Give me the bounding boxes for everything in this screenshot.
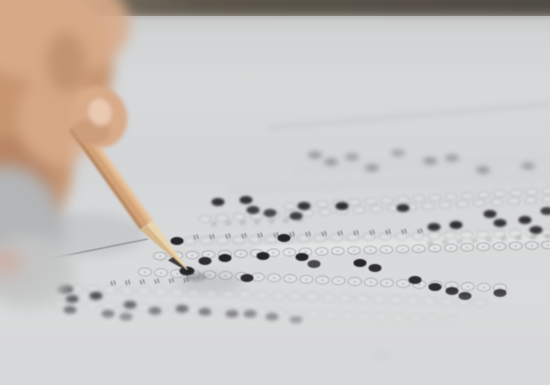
filled-bubble bbox=[365, 165, 379, 172]
bubble-outline bbox=[216, 215, 228, 222]
bubble-letter-mark bbox=[240, 253, 242, 255]
bubble-letter-mark bbox=[498, 246, 500, 248]
bubble-letter-mark bbox=[547, 244, 549, 246]
bubble-letter-mark bbox=[288, 251, 290, 253]
bubble-outline bbox=[262, 186, 273, 192]
bubble-outline bbox=[330, 234, 342, 241]
bubble-letter-mark bbox=[257, 276, 259, 278]
filled-bubble bbox=[369, 264, 382, 272]
bubble-outline bbox=[328, 166, 338, 171]
bubble-outline bbox=[312, 184, 323, 190]
bubble-letter-mark bbox=[321, 251, 323, 253]
bubble-outline bbox=[478, 192, 490, 198]
filled-bubble bbox=[298, 202, 311, 210]
filled-bubble bbox=[397, 204, 410, 212]
filled-bubble bbox=[391, 150, 405, 157]
bubble-outline bbox=[233, 214, 245, 221]
bubble-outline bbox=[413, 195, 425, 201]
bubble-outline bbox=[460, 177, 471, 183]
bubble-outline bbox=[543, 155, 550, 160]
bubble-letter-mark bbox=[321, 279, 323, 281]
bubble-outline bbox=[493, 231, 505, 238]
bubble-letter-mark bbox=[467, 286, 469, 288]
bubble-outline bbox=[427, 178, 438, 184]
filled-bubble bbox=[409, 276, 422, 284]
bubble-letter-mark bbox=[466, 246, 468, 248]
bubble-outline bbox=[477, 176, 488, 182]
filled-bubble bbox=[247, 206, 260, 214]
bubble-outline bbox=[473, 200, 485, 207]
bubble-letter-mark bbox=[207, 254, 209, 256]
bubble-outline bbox=[379, 233, 391, 240]
filled-bubble bbox=[530, 226, 543, 234]
bubble-outline bbox=[279, 185, 290, 191]
bubble-outline bbox=[365, 198, 377, 204]
filled-bubble bbox=[296, 253, 309, 261]
bubble-outline bbox=[477, 159, 487, 164]
bubble-outline bbox=[526, 174, 537, 180]
bubble-outline bbox=[345, 182, 356, 188]
bubble-outline bbox=[394, 163, 404, 168]
bubble-outline bbox=[444, 178, 455, 184]
bubble-letter-mark bbox=[370, 281, 372, 283]
bubble-outline bbox=[394, 180, 405, 186]
bubble-letter-mark bbox=[159, 255, 161, 257]
bubble-letter-mark bbox=[272, 252, 274, 254]
bubble-letter-mark bbox=[482, 246, 484, 248]
filled-bubble bbox=[257, 252, 270, 260]
bubble-outline bbox=[316, 201, 328, 207]
bubble-letter-mark bbox=[450, 247, 452, 249]
bubble-outline bbox=[526, 189, 538, 195]
bubble-letter-mark bbox=[401, 248, 403, 250]
bubble-outline bbox=[508, 198, 520, 205]
bubble-letter-mark bbox=[176, 273, 178, 275]
filled-bubble bbox=[450, 221, 463, 229]
bubble-outline bbox=[378, 163, 388, 168]
bubble-outline bbox=[491, 199, 503, 206]
bubble-outline bbox=[246, 187, 257, 193]
bubble-outline bbox=[510, 190, 522, 196]
bubble-outline bbox=[314, 235, 326, 242]
bubble-outline bbox=[439, 202, 451, 209]
bubble-outline bbox=[371, 206, 383, 213]
filled-bubble bbox=[484, 210, 497, 218]
filled-bubble bbox=[428, 223, 441, 231]
filled-bubble bbox=[199, 257, 212, 265]
bubble-outline bbox=[284, 203, 296, 209]
bubble-outline bbox=[312, 167, 322, 172]
filled-bubble bbox=[278, 234, 291, 242]
bubble-outline bbox=[319, 209, 331, 216]
graphite-point bbox=[186, 269, 191, 274]
bubble-letter-mark bbox=[144, 271, 146, 273]
bubble-letter-mark bbox=[304, 251, 306, 253]
bubble-letter-mark bbox=[451, 285, 453, 287]
bubble-outline bbox=[347, 234, 359, 241]
bubble-outline bbox=[397, 196, 409, 202]
filled-bubble bbox=[519, 216, 532, 224]
filled-bubble bbox=[308, 260, 321, 268]
bubble-letter-mark bbox=[483, 286, 485, 288]
filled-bubble bbox=[219, 254, 232, 262]
bubble-outline bbox=[378, 181, 389, 187]
bubble-outline bbox=[510, 175, 521, 181]
filled-bubble bbox=[171, 237, 184, 245]
bubble-letter-mark bbox=[337, 250, 339, 252]
bubble-letter-mark bbox=[353, 250, 355, 252]
bubble-outline bbox=[353, 207, 365, 214]
bubble-outline bbox=[525, 197, 537, 204]
bubble-outline bbox=[328, 183, 339, 189]
bubble-outline bbox=[295, 184, 306, 190]
filled-bubble bbox=[345, 154, 359, 161]
filled-bubble bbox=[423, 158, 437, 165]
bubble-outline bbox=[395, 233, 407, 240]
bubble-outline bbox=[542, 196, 550, 203]
near-focus-haze bbox=[0, 290, 550, 385]
bubble-outline bbox=[445, 193, 457, 199]
bubble-outline bbox=[363, 233, 375, 240]
bubble-letter-mark bbox=[191, 254, 193, 256]
filled-bubble bbox=[429, 283, 442, 291]
filled-bubble bbox=[308, 152, 322, 159]
scene-canvas bbox=[0, 0, 550, 385]
filled-bubble bbox=[354, 259, 367, 267]
filled-bubble bbox=[494, 219, 507, 227]
bubble-outline bbox=[361, 181, 372, 187]
bubble-outline bbox=[429, 194, 441, 200]
bubble-letter-mark bbox=[402, 283, 404, 285]
bubble-letter-mark bbox=[531, 245, 533, 247]
bubble-letter-mark bbox=[273, 277, 275, 279]
bubble-outline bbox=[460, 159, 470, 164]
bubble-letter-mark bbox=[289, 278, 291, 280]
bubble-letter-mark bbox=[418, 248, 420, 250]
bubble-letter-mark bbox=[354, 281, 356, 283]
bubble-letter-mark bbox=[499, 287, 501, 289]
filled-bubble bbox=[445, 155, 459, 162]
bubble-letter-mark bbox=[418, 284, 420, 286]
bubble-letter-mark bbox=[369, 249, 371, 251]
finger-crease-shadow bbox=[46, 32, 86, 92]
bubble-letter-mark bbox=[160, 272, 162, 274]
bubble-outline bbox=[460, 231, 472, 238]
bubble-outline bbox=[477, 231, 489, 238]
bubble-outline bbox=[494, 191, 506, 197]
bubble-outline bbox=[461, 193, 473, 199]
bubble-outline bbox=[298, 235, 310, 242]
bubble-letter-mark bbox=[434, 247, 436, 249]
filled-bubble bbox=[212, 198, 225, 206]
bubble-outline bbox=[493, 175, 504, 181]
filled-bubble bbox=[290, 212, 303, 220]
photo-exam-bubble-sheet: Close-up photograph of a hand filling in… bbox=[0, 0, 550, 385]
bubble-outline bbox=[349, 199, 361, 205]
bubble-letter-mark bbox=[338, 280, 340, 282]
bubble-outline bbox=[411, 162, 421, 167]
bubble-outline bbox=[295, 167, 305, 172]
bubble-outline bbox=[422, 203, 434, 210]
bubble-outline bbox=[411, 179, 422, 185]
bubble-outline bbox=[510, 157, 520, 162]
bubble-outline bbox=[527, 156, 537, 161]
bubble-outline bbox=[412, 232, 424, 239]
filled-bubble bbox=[264, 209, 277, 217]
filled-bubble bbox=[521, 163, 535, 170]
bubble-outline bbox=[381, 197, 393, 203]
bubble-outline bbox=[493, 158, 503, 163]
bubble-outline bbox=[199, 216, 211, 223]
bubble-outline bbox=[230, 187, 241, 193]
filled-bubble bbox=[476, 167, 490, 174]
bubble-letter-mark bbox=[385, 249, 387, 251]
bubble-letter-mark bbox=[386, 282, 388, 284]
bubble-outline bbox=[542, 188, 550, 194]
bubble-outline bbox=[444, 232, 456, 239]
bubble-outline bbox=[428, 232, 440, 239]
bubble-letter-mark bbox=[515, 245, 517, 247]
filled-bubble bbox=[240, 196, 253, 204]
bubble-outline bbox=[302, 210, 314, 217]
bubble-outline bbox=[345, 165, 355, 170]
filled-bubble bbox=[336, 202, 349, 210]
filled-bubble bbox=[324, 159, 338, 166]
bubble-outline bbox=[543, 173, 550, 179]
bubble-letter-mark bbox=[305, 278, 307, 280]
bubble-outline bbox=[456, 201, 468, 208]
